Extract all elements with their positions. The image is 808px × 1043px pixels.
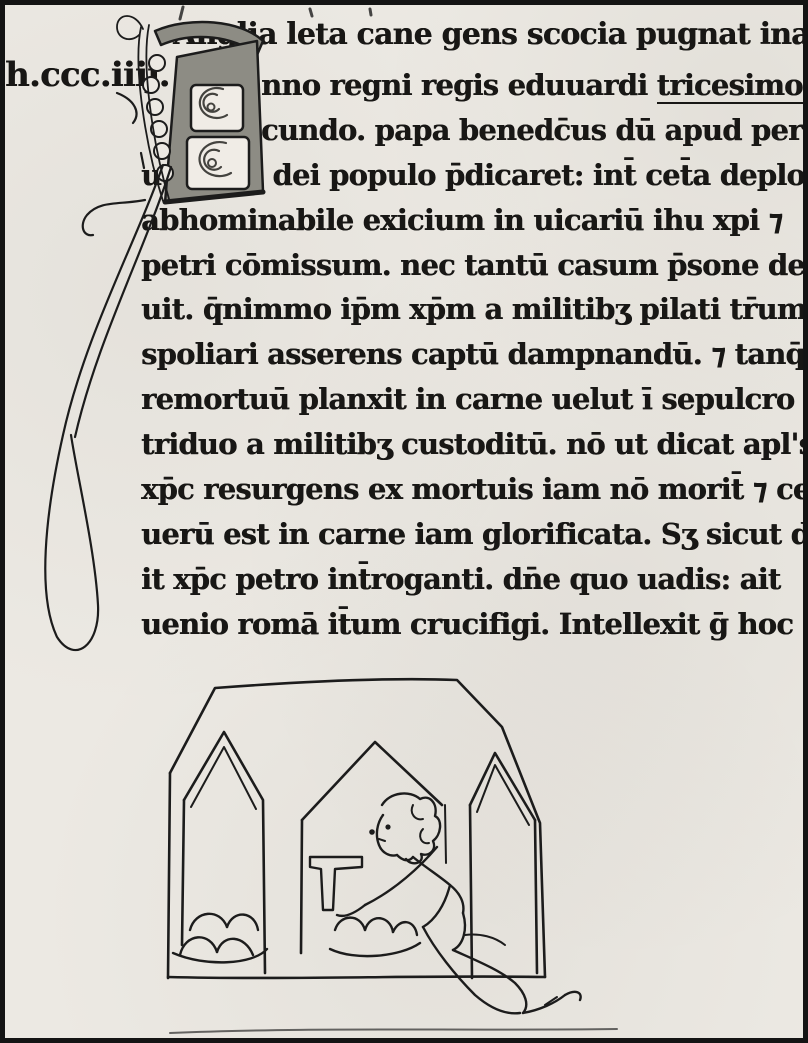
right-arch — [470, 753, 537, 978]
canopy-frame — [168, 679, 545, 978]
ground-line — [170, 1029, 617, 1033]
text-line: triduo a militibʒ custoditū. nō ut dic… — [141, 422, 763, 467]
verse-heading: Anglia leta cane gens scocia pugnat inan… — [173, 17, 808, 52]
text-line: it xp̄c petro int̄roganti. dn̄e quo uadi… — [141, 557, 763, 602]
text-line: nno regni regis eduuardi tricesimo se — [141, 63, 763, 108]
figure-robe — [423, 885, 450, 927]
main-text-block: nno regni regis eduuardi tricesimo se cu… — [141, 63, 763, 647]
text-line: uerū est in carne iam glorificata. Sʒ s… — [141, 512, 763, 557]
text-line: uit. q̄nimmo ip̄m xp̄m a militibʒ pilati… — [141, 287, 763, 332]
text-line: xp̄c resurgens ex mortuis iam nō morit̄… — [141, 467, 763, 512]
figure-hair — [382, 793, 440, 863]
text-line: uenio romā it̄um crucifigi. Intellexit … — [141, 602, 763, 647]
manuscript-page: h.ccc.iiij. Anglia leta cane gens scocia… — [0, 0, 808, 1043]
bread-loaves — [173, 914, 267, 963]
center-arch — [301, 742, 446, 953]
text-line: abhominabile exicium in uicariū ihu xpi… — [141, 198, 763, 243]
text-line: cundo. papa benedc̄us dū apud perusiū — [141, 108, 763, 153]
text-line-segment: nno regni regis eduuardi — [261, 68, 657, 102]
figure-feet — [523, 995, 565, 1013]
text-line-underlined-segment: tricesimo se — [657, 68, 808, 104]
canopy-illustration — [168, 679, 617, 1033]
figure-face — [377, 815, 397, 856]
left-arch — [182, 732, 265, 973]
text-line: remortuū planxit in carne uelut ī sepu… — [141, 377, 763, 422]
figure-arm — [365, 847, 437, 905]
reclining-figure — [330, 793, 581, 1013]
text-line: spoliari asserens captū dampnandū. ⁊ t… — [141, 332, 763, 377]
text-line: petri cōmissum. nec tantū casum p̄sone… — [141, 243, 763, 288]
text-line: uerbum dei populo p̄dicaret: int̄ cet̄a … — [141, 153, 763, 198]
tau-object — [310, 857, 362, 910]
figure-shoulder — [413, 857, 463, 913]
